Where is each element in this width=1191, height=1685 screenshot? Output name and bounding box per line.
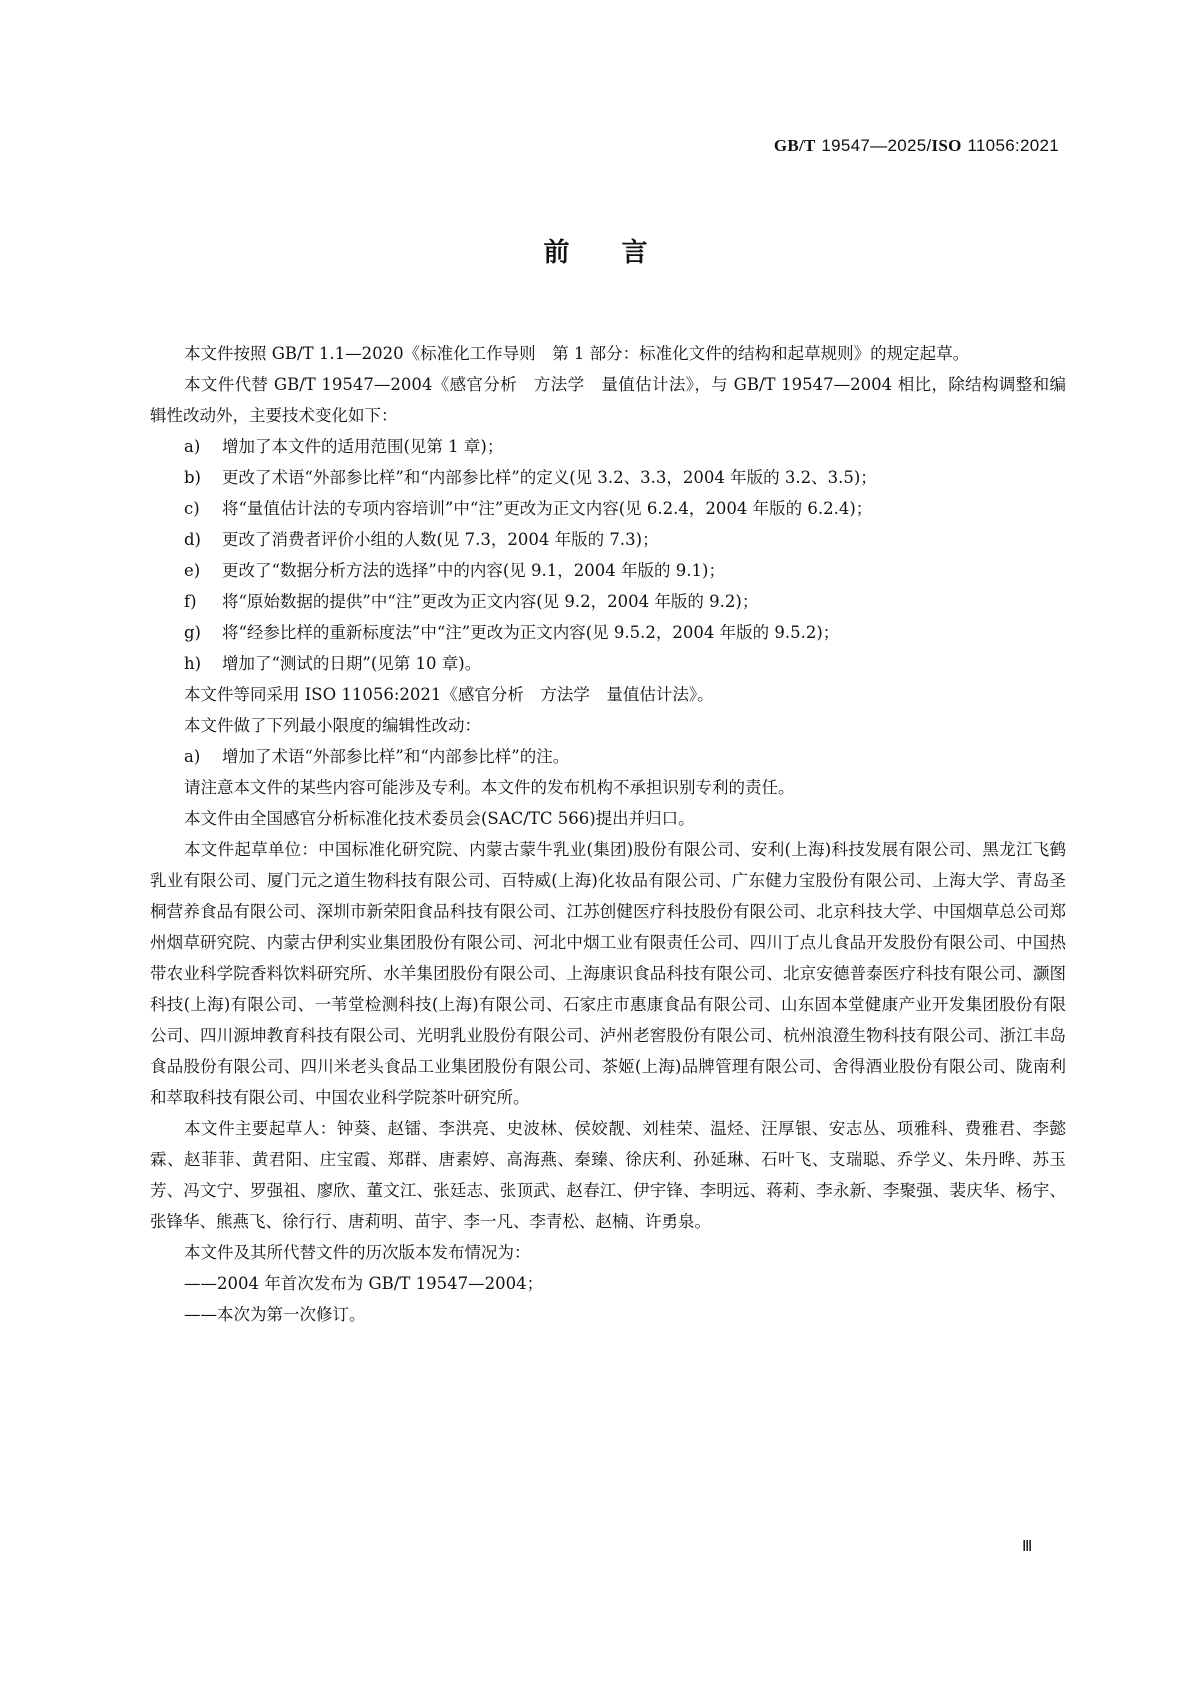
list-item: e)更改了“数据分析方法的选择”中的内容(见 9.1，2004 年版的 9.1)…	[150, 555, 1066, 586]
drafters-paragraph: 本文件主要起草人：钟葵、赵镭、李洪亮、史波林、侯姣靓、刘桂荣、温烃、汪厚银、安志…	[150, 1113, 1066, 1237]
history-intro-paragraph: 本文件及其所代替文件的历次版本发布情况为：	[150, 1237, 1066, 1268]
list-item: d)更改了消费者评价小组的人数(见 7.3，2004 年版的 7.3)；	[150, 524, 1066, 555]
editorial-changes-paragraph: 本文件做了下列最小限度的编辑性改动：	[150, 710, 1066, 741]
iso-number: 11056:2021	[967, 136, 1059, 155]
history-item: ——本次为第一次修订。	[150, 1299, 1066, 1330]
replacement-paragraph: 本文件代替 GB/T 19547—2004《感官分析 方法学 量值估计法》，与 …	[150, 369, 1066, 431]
drafting-units-paragraph: 本文件起草单位：中国标准化研究院、内蒙古蒙牛乳业(集团)股份有限公司、安利(上海…	[150, 834, 1066, 1113]
drafting-rules-paragraph: 本文件按照 GB/T 1.1—2020《标准化工作导则 第 1 部分：标准化文件…	[150, 338, 1066, 369]
list-item: f)将“原始数据的提供”中“注”更改为正文内容(见 9.2，2004 年版的 9…	[150, 586, 1066, 617]
list-item: c)将“量值估计法的专项内容培训”中“注”更改为正文内容(见 6.2.4，200…	[150, 493, 1066, 524]
list-item: g)将“经参比样的重新标度法”中“注”更改为正文内容(见 9.5.2，2004 …	[150, 617, 1066, 648]
foreword-body: 本文件按照 GB/T 1.1—2020《标准化工作导则 第 1 部分：标准化文件…	[150, 338, 1066, 1330]
list-item: h)增加了“测试的日期”(见第 10 章)。	[150, 648, 1066, 679]
technical-changes-list: a)增加了本文件的适用范围(见第 1 章)； b)更改了术语“外部参比样”和“内…	[150, 431, 1066, 679]
patent-notice-paragraph: 请注意本文件的某些内容可能涉及专利。本文件的发布机构不承担识别专利的责任。	[150, 772, 1066, 803]
page-title: 前言	[0, 232, 1191, 269]
list-item: a)增加了术语“外部参比样”和“内部参比样”的注。	[150, 741, 1066, 772]
list-item: b)更改了术语“外部参比样”和“内部参比样”的定义(见 3.2、3.3，2004…	[150, 462, 1066, 493]
list-item: a)增加了本文件的适用范围(见第 1 章)；	[150, 431, 1066, 462]
history-item: ——2004 年首次发布为 GB/T 19547—2004；	[150, 1268, 1066, 1299]
std-number: 19547—2025/	[821, 136, 931, 155]
iso-prefix: ISO	[932, 136, 962, 155]
iso-adoption-paragraph: 本文件等同采用 ISO 11056:2021《感官分析 方法学 量值估计法》。	[150, 679, 1066, 710]
std-prefix: GB/T	[774, 136, 816, 155]
committee-paragraph: 本文件由全国感官分析标准化技术委员会(SAC/TC 566)提出并归口。	[150, 803, 1066, 834]
page-number: Ⅲ	[1022, 1537, 1032, 1556]
standard-number-header: GB/T 19547—2025/ISO 11056:2021	[774, 136, 1059, 156]
